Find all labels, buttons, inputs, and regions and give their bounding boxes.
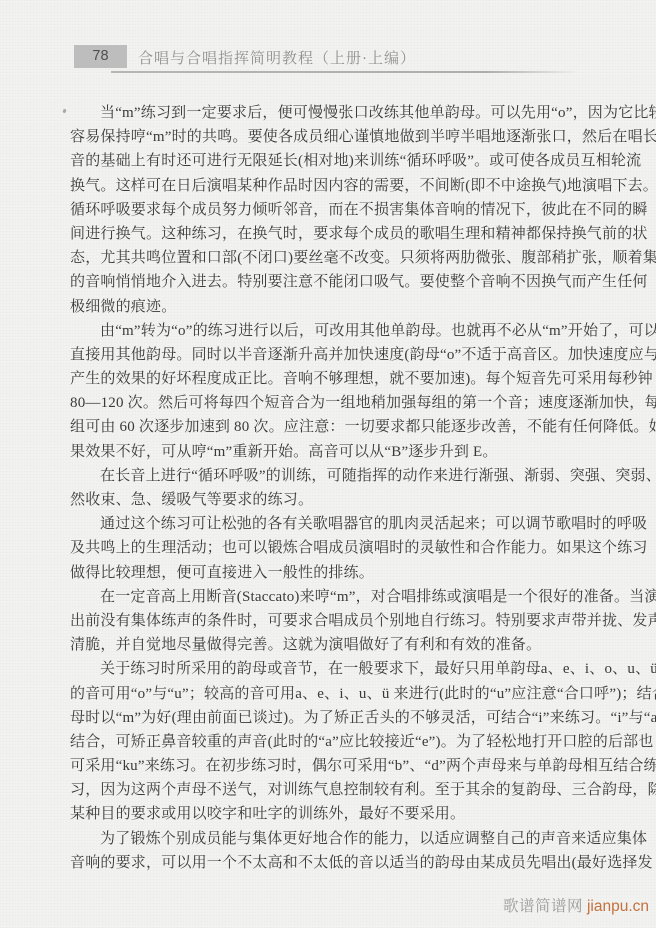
text-line: 产生的效果的好坏程度成正比。音响不够理想，就不要加速)。每个短音先可采用每秒钟 [70,367,621,391]
watermark-site-url: jianpu.cn [587,898,649,915]
text-line: 80—120 次。然后可将每四个短音合为一组地稍加强每组的第一个音；速度逐渐加快… [70,391,621,415]
page-body-text: 当“m”练习到一定要求后，便可慢慢张口改练其他单韵母。可以先用“o”，因为它比较… [70,101,621,875]
header-divider [111,71,579,73]
text-line: 果效果不好，可从哼“m”重新开始。高音可以从“B”逐步升到 E。 [70,440,621,464]
text-line: 在一定音高上用断音(Staccato)来哼“m”，对合唱排练或演唱是一个很好的准… [70,585,621,609]
text-line: 的音响悄悄地介入进去。特别要注意不能闭口吸气。要使整个音响不因换气而产生任何 [70,270,621,294]
text-line: 的音可用“o”与“u”；较高的音可用a、e、i、u、ü 来进行(此时的“u”应注… [70,682,621,706]
text-line: 极细微的痕迹。 [70,295,621,319]
text-line: 为了锻炼个别成员能与集体更好地合作的能力，以适应调整自己的声音来适应集体 [70,827,621,851]
text-line: 出前没有集体练声的条件时，可要求合唱成员个别地自行练习。特别要求声带并拢、发声 [70,609,621,633]
text-line: 习，因为这两个声母不送气，对训练气息控制较有利。至于其余的复韵母、三合韵母，除了 [70,778,621,802]
text-line: 某种目的要求或用以咬字和吐字的训练外，最好不要采用。 [70,802,621,826]
text-line: 关于练习时所采用的韵母或音节，在一般要求下，最好只用单韵母a、e、i、o、u、ü… [70,657,621,681]
text-line: 间进行换气。这种练习，在换气时，要求每个成员的歌唱生理和精神都保持换气前的状 [70,222,621,246]
text-line: 可采用“ku”来练习。在初步练习时，偶尔可采用“b”、“d”两个声母来与单韵母相… [70,754,621,778]
running-head-title: 合唱与合唱指挥简明教程（上册·上编） [138,47,416,68]
watermark: 歌谱简谱网jianpu.cn [503,894,649,916]
text-line: 在长音上进行“循环呼吸”的训练，可随指挥的动作来进行渐强、渐弱、突强、突弱、突 [70,464,621,488]
text-line: 音响的要求，可以用一个不太高和不太低的音以适当的韵母由某成员先唱出(最好选择发 [70,851,621,875]
text-line: 音的基础上有时还可进行无限延长(相对地)来训练“循环呼吸”。或可使各成员互相轮流 [70,149,621,173]
text-line: 母时以“m”为好(理由前面已谈过)。为了矫正舌头的不够灵活，可结合“i”来练习。… [70,706,621,730]
text-line: 组可由 60 次逐步加速到 80 次。应注意：一切要求都只能逐步改善，不能有任何… [70,415,621,439]
page-header: 78 合唱与合唱指挥简明教程（上册·上编） [0,0,656,80]
text-line: 清脆，并自觉地尽量做得完善。这就为演唱做好了有利和有效的准备。 [70,633,621,657]
text-line: 由“m”转为“o”的练习进行以后，可改用其他单韵母。也就再不必从“m”开始了，可… [70,319,621,343]
text-line: 当“m”练习到一定要求后，便可慢慢张口改练其他单韵母。可以先用“o”，因为它比较 [70,101,621,125]
text-line: 循环呼吸要求每个成员努力倾听邻音，而在不损害集体音响的情况下，彼此在不同的瞬 [70,198,621,222]
page-number-badge: 78 [74,45,127,68]
scan-speck [62,109,66,114]
page-number: 78 [92,48,108,64]
text-line: 容易保持哼“m”时的共鸣。要使各成员细心谨慎地做到半哼半唱地逐渐张口，然后在唱长 [70,125,621,149]
text-line: 及共鸣上的生理活动；也可以锻炼合唱成员演唱时的灵敏性和合作能力。如果这个练习 [70,536,621,560]
book-page: { "header": { "page_number": "78", "titl… [0,0,656,928]
text-line: 态，尤其共鸣位置和口部(不闭口)要丝毫不改变。只须将两肋微张、腹部稍扩张，顺着集… [70,246,621,270]
text-line: 换气。这样可在日后演唱某种作品时因内容的需要，不间断(即不中途换气)地演唱下去。 [70,174,621,198]
text-line: 通过这个练习可让松弛的各有关歌唱器官的肌肉灵活起来；可以调节歌唱时的呼吸 [70,512,621,536]
text-line: 做得比较理想，便可直接进入一般性的排练。 [70,561,621,585]
text-line: 然收束、急、缓吸气等要求的练习。 [70,488,621,512]
text-line: 结合，可矫正鼻音较重的声音(此时的“a”应比较接近“e”)。为了轻松地打开口腔的… [70,730,621,754]
watermark-site-name: 歌谱简谱网 [503,898,583,915]
text-line: 直接用其他韵母。同时以半音逐渐升高并加快速度(韵母“o”不适于高音区。加快速度应… [70,343,621,367]
